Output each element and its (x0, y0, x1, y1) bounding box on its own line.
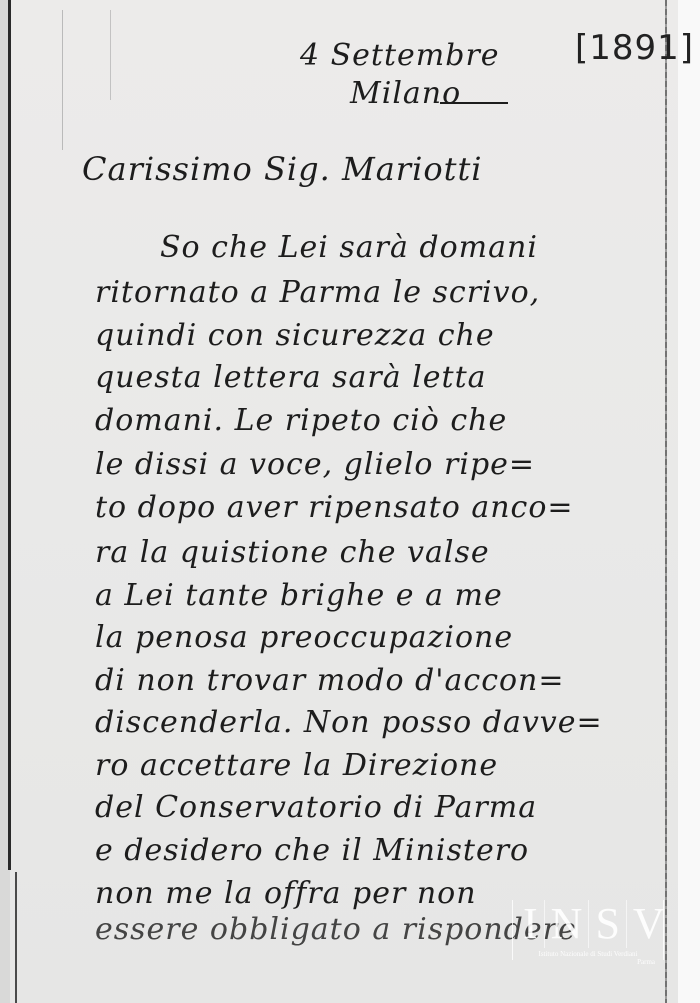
letter-place: Milano (350, 76, 461, 111)
body-line: to dopo aver ripensato anco= (95, 490, 574, 525)
body-line: non me la offra per non (95, 876, 477, 911)
body-line: discenderla. Non posso davve= (95, 705, 603, 740)
insv-watermark: I N S V Istituto Nazionale di Studi Verd… (512, 900, 664, 960)
watermark-letter: I (517, 900, 545, 948)
body-line: ro accettare la Direzione (95, 748, 498, 783)
body-line: ra la quistione che valse (95, 535, 490, 570)
body-line: quindi con sicurezza che (95, 318, 495, 353)
body-line: di non trovar modo d'accon= (95, 663, 565, 698)
body-line: le dissi a voce, glielo ripe= (95, 447, 535, 482)
body-line: So che Lei sarà domani (160, 230, 538, 265)
letter: 4 Settembre [1891] Milano Carissimo Sig.… (0, 0, 700, 1003)
body-line-faded: essere obbligato a rispondere (95, 912, 577, 947)
letter-date: 4 Settembre (300, 38, 500, 73)
scanned-page: 4 Settembre [1891] Milano Carissimo Sig.… (0, 0, 700, 1003)
year-annotation: [1891] (575, 28, 694, 68)
watermark-letter: S (589, 900, 626, 948)
body-line: la penosa preoccupazione (95, 620, 513, 655)
watermark-logo: I N S V (513, 900, 663, 948)
body-line: del Conservatorio di Parma (95, 790, 537, 825)
body-line: domani. Le ripeto ciò che (95, 403, 507, 438)
body-line: e desidero che il Ministero (95, 833, 529, 868)
body-line: a Lei tante brighe e a me (95, 578, 503, 613)
place-underline (440, 102, 508, 104)
salutation: Carissimo Sig. Mariotti (82, 150, 483, 188)
body-line: questa lettera sarà letta (95, 360, 487, 395)
watermark-subtitle: Istituto Nazionale di Studi Verdiani (513, 950, 663, 958)
watermark-letter: V (627, 900, 671, 948)
watermark-letter: N (545, 900, 590, 948)
watermark-location: Parma (513, 958, 663, 966)
body-line: ritornato a Parma le scrivo, (95, 275, 540, 310)
